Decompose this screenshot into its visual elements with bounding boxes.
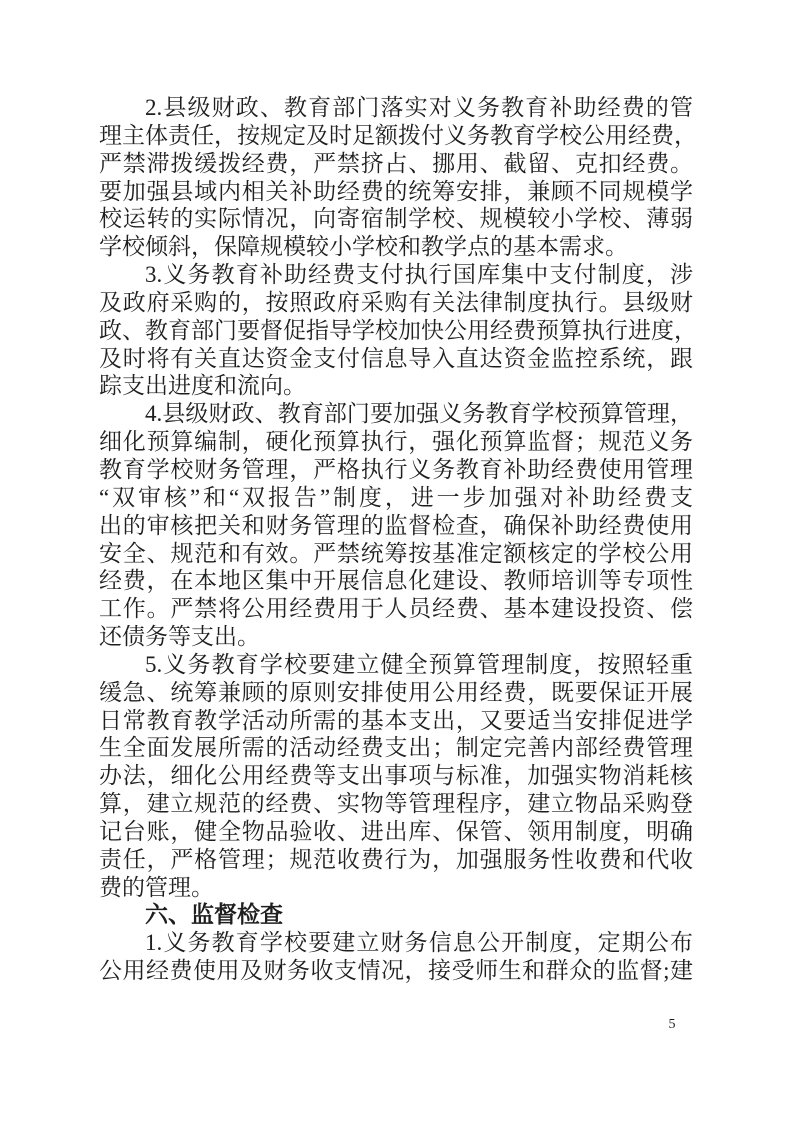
text-line: 教育学校财务管理，严格执行义务教育补助经费使用管理: [99, 456, 693, 484]
text-line: 费的管理。: [99, 874, 693, 902]
text-line: 日常教育教学活动所需的基本支出，又要适当安排促进学: [99, 707, 693, 735]
text-line: 记台账，健全物品验收、进出库、保管、领用制度，明确: [99, 818, 693, 846]
text-line: 办法，细化公用经费等支出事项与标准，加强实物消耗核: [99, 762, 693, 790]
text-line: 生全面发展所需的活动经费支出；制定完善内部经费管理: [99, 734, 693, 762]
paragraph: 2.县级财政、教育部门落实对义务教育补助经费的管理主体责任，按规定及时足额拨付义…: [99, 94, 693, 261]
text-line: 还债务等支出。: [99, 623, 693, 651]
text-line: 及政府采购的，按照政府采购有关法律制度执行。县级财: [99, 289, 693, 317]
text-line: 理主体责任，按规定及时足额拨付义务教育学校公用经费，: [99, 122, 693, 150]
text-line: 工作。严禁将公用经费用于人员经费、基本建设投资、偿: [99, 595, 693, 623]
text-block: 2.县级财政、教育部门落实对义务教育补助经费的管理主体责任，按规定及时足额拨付义…: [99, 94, 693, 985]
text-line: 踪支出进度和流向。: [99, 372, 693, 400]
section-heading: 六、监督检查: [99, 901, 693, 929]
text-line: 政、教育部门要督促指导学校加快公用经费预算执行进度，: [99, 317, 693, 345]
text-line: 六、监督检查: [99, 901, 693, 929]
text-line: 学校倾斜，保障规模较小学校和教学点的基本需求。: [99, 233, 693, 261]
text-line: 校运转的实际情况，向寄宿制学校、规模较小学校、薄弱: [99, 205, 693, 233]
text-line: 3.义务教育补助经费支付执行国库集中支付制度，涉: [99, 261, 693, 289]
text-line: 要加强县域内相关补助经费的统筹安排，兼顾不同规模学: [99, 178, 693, 206]
text-line: 2.县级财政、教育部门落实对义务教育补助经费的管: [99, 94, 693, 122]
text-line: 安全、规范和有效。严禁统筹按基准定额核定的学校公用: [99, 540, 693, 568]
text-line: 严禁滞拨缓拨经费，严禁挤占、挪用、截留、克扣经费。: [99, 150, 693, 178]
paragraph: 1.义务教育学校要建立财务信息公开制度，定期公布公用经费使用及财务收支情况，接受…: [99, 929, 693, 985]
text-line: 缓急、统筹兼顾的原则安排使用公用经费，既要保证开展: [99, 679, 693, 707]
text-line: 经费，在本地区集中开展信息化建设、教师培训等专项性: [99, 567, 693, 595]
document-page: 2.县级财政、教育部门落实对义务教育补助经费的管理主体责任，按规定及时足额拨付义…: [0, 0, 793, 1122]
text-line: 公用经费使用及财务收支情况，接受师生和群众的监督;建: [99, 957, 693, 985]
text-line: 4.县级财政、教育部门要加强义务教育学校预算管理，: [99, 400, 693, 428]
text-line: “双审核”和“双报告”制度，进一步加强对补助经费支: [99, 484, 693, 512]
paragraph: 5.义务教育学校要建立健全预算管理制度，按照轻重缓急、统筹兼顾的原则安排使用公用…: [99, 651, 693, 902]
text-line: 及时将有关直达资金支付信息导入直达资金监控系统，跟: [99, 345, 693, 373]
text-line: 细化预算编制，硬化预算执行，强化预算监督；规范义务: [99, 428, 693, 456]
text-line: 5.义务教育学校要建立健全预算管理制度，按照轻重: [99, 651, 693, 679]
text-line: 出的审核把关和财务管理的监督检查，确保补助经费使用: [99, 512, 693, 540]
paragraph: 3.义务教育补助经费支付执行国库集中支付制度，涉及政府采购的，按照政府采购有关法…: [99, 261, 693, 400]
text-line: 算，建立规范的经费、实物等管理程序，建立物品采购登: [99, 790, 693, 818]
paragraph: 4.县级财政、教育部门要加强义务教育学校预算管理，细化预算编制，硬化预算执行，强…: [99, 400, 693, 651]
text-line: 1.义务教育学校要建立财务信息公开制度，定期公布: [99, 929, 693, 957]
page-number: 5: [662, 1016, 682, 1034]
text-line: 责任，严格管理；规范收费行为，加强服务性收费和代收: [99, 846, 693, 874]
